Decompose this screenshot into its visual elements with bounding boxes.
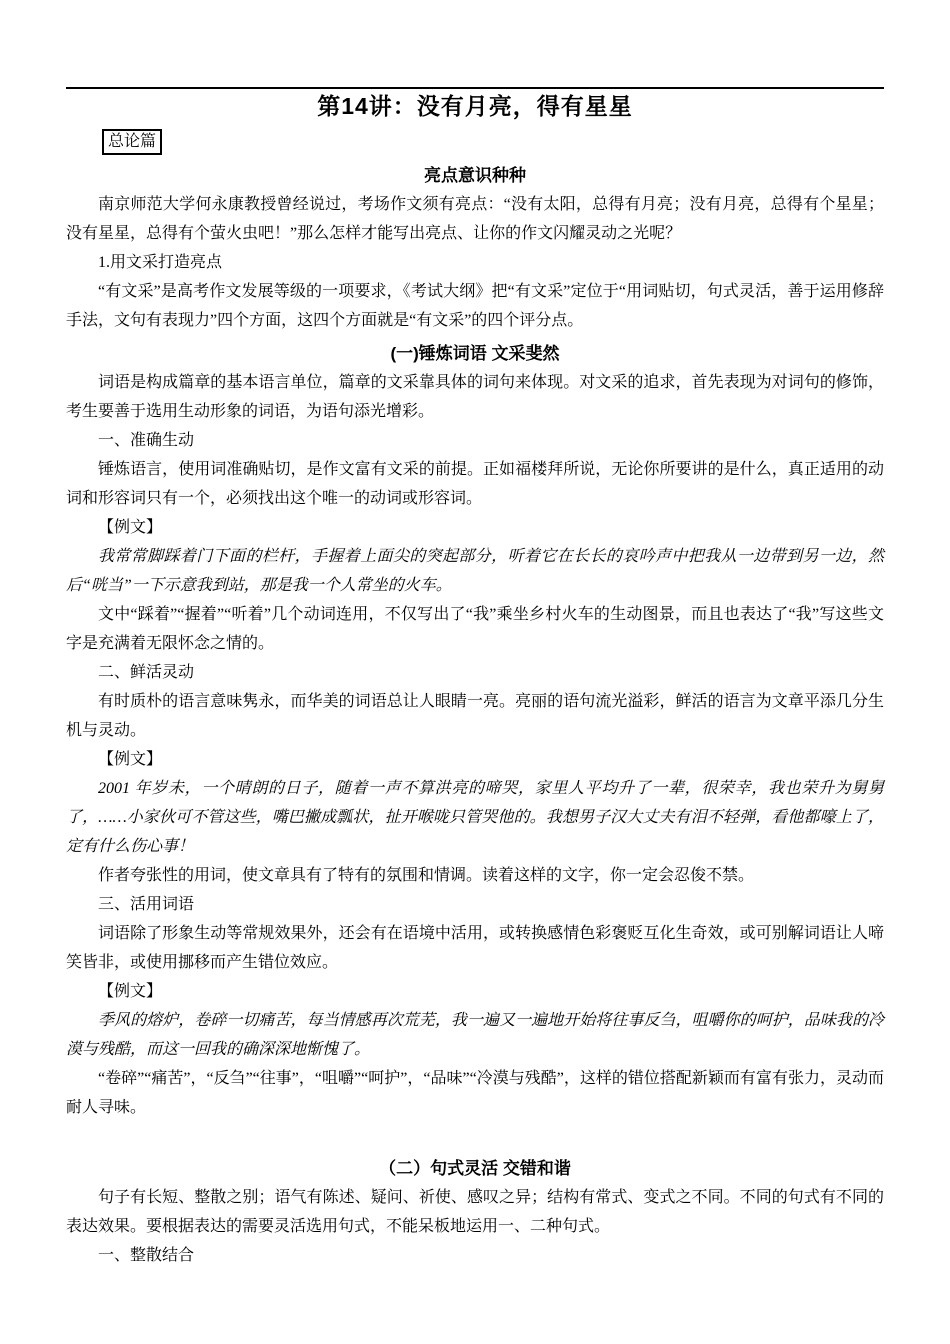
doc-title: 第14讲：没有月亮，得有星星 <box>66 91 884 121</box>
item2-example-text: 2001 年岁未，一个晴朗的日子，随着一声不算洪亮的啼哭，家里人平均升了一辈，很… <box>66 774 884 861</box>
item1-example-text: 我常常脚踩着门下面的栏杆，手握着上面尖的突起部分，听着它在长长的哀吟声中把我从一… <box>66 542 884 600</box>
item2-example-label: 【例文】 <box>66 745 884 774</box>
item1-example-label: 【例文】 <box>66 513 884 542</box>
paragraph-section1-intro: 词语是构成篇章的基本语言单位，篇章的文采靠具体的词句来体现。对文采的追求，首先表… <box>66 368 884 426</box>
heading-section2: （二）句式灵活 交错和谐 <box>66 1154 884 1183</box>
document-page: 第14讲：没有月亮，得有星星 总论篇 亮点意识种种 南京师范大学何永康教授曾经说… <box>0 0 950 1344</box>
item2-body: 有时质朴的语言意味隽永，而华美的词语总让人眼睛一亮。亮丽的语句流光溢彩，鲜活的语… <box>66 687 884 745</box>
heading-overview: 亮点意识种种 <box>66 161 884 190</box>
paragraph-point1: 1.用文采打造亮点 <box>66 248 884 277</box>
heading-section1: (一)锤炼词语 文采斐然 <box>66 339 884 368</box>
item3-example-text: 季风的熔炉，卷碎一切痛苦，每当情感再次荒芜，我一遍又一遍地开始将往事反刍，咀嚼你… <box>66 1006 884 1064</box>
item1-body: 锤炼语言，使用词准确贴切，是作文富有文采的前提。正如福楼拜所说，无论你所要讲的是… <box>66 455 884 513</box>
item1-comment: 文中“踩着”“握着”“听着”几个动词连用，不仅写出了“我”乘坐乡村火车的生动图景… <box>66 600 884 658</box>
item3-comment: “卷碎”“痛苦”，“反刍”“往事”，“咀嚼”“呵护”，“品味”“冷漠与残酷”，这… <box>66 1064 884 1122</box>
item2-comment: 作者夸张性的用词，使文章具有了特有的氛围和情调。读着这样的文字，你一定会忍俊不禁… <box>66 861 884 890</box>
item3-title: 三、活用词语 <box>66 890 884 919</box>
paragraph-point1-detail: “有文采”是高考作文发展等级的一项要求，《考试大纲》把“有文采”定位于“用词贴切… <box>66 277 884 335</box>
section-badge: 总论篇 <box>102 129 162 155</box>
document-content: 第14讲：没有月亮，得有星星 总论篇 亮点意识种种 南京师范大学何永康教授曾经说… <box>0 87 950 1270</box>
item1-title: 一、准确生动 <box>66 426 884 455</box>
paragraph-overview-intro: 南京师范大学何永康教授曾经说过，考场作文须有亮点：“没有太阳，总得有月亮；没有月… <box>66 190 884 248</box>
item2-title: 二、鲜活灵动 <box>66 658 884 687</box>
section2-item1-title: 一、整散结合 <box>66 1241 884 1270</box>
paragraph-section2-intro: 句子有长短、整散之别；语气有陈述、疑问、祈使、感叹之异；结构有常式、变式之不同。… <box>66 1183 884 1241</box>
item3-example-label: 【例文】 <box>66 977 884 1006</box>
header-divider <box>66 87 884 89</box>
item3-body: 词语除了形象生动等常规效果外，还会有在语境中活用，或转换感情色彩褒贬互化生奇效，… <box>66 919 884 977</box>
